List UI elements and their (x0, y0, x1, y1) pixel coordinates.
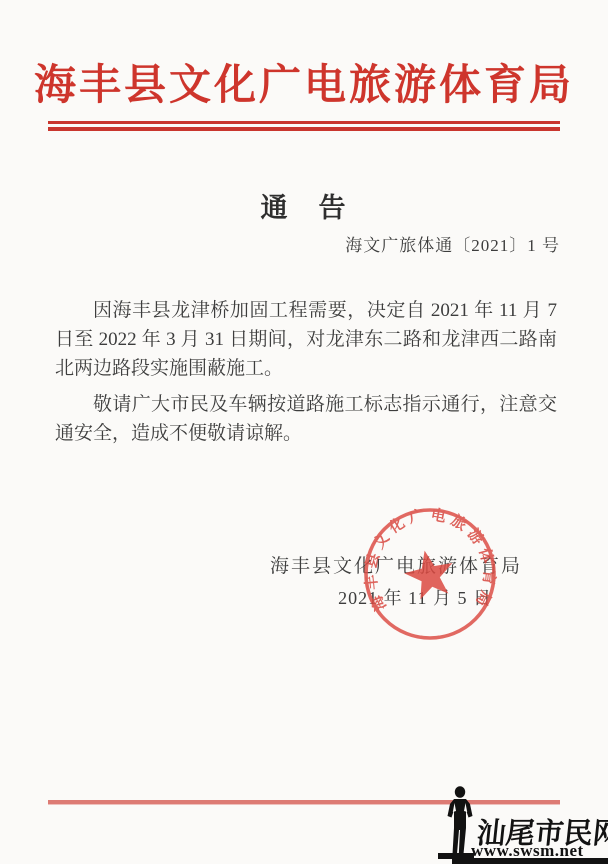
svg-text:海丰县文化广电旅游体育局: 海丰县文化广电旅游体育局 (362, 505, 498, 613)
star-icon (400, 545, 458, 601)
letterhead-rule (48, 121, 560, 131)
body-paragraph-1: 因海丰县龙津桥加固工程需要，决定自 2021 年 11 月 7 日至 2022 … (55, 296, 557, 383)
notice-body: 因海丰县龙津桥加固工程需要，决定自 2021 年 11 月 7 日至 2022 … (55, 296, 557, 455)
document-number: 海文广旅体通〔2021〕1 号 (345, 231, 560, 256)
body-paragraph-2: 敬请广大市民及车辆按道路施工标志指示通行，注意交通安全，造成不便敬请谅解。 (55, 390, 557, 448)
official-seal: 海丰县文化广电旅游体育局 (358, 502, 502, 646)
letterhead-agency-title: 海丰县文化广电旅游体育局 (0, 52, 608, 112)
footer-rule (48, 800, 560, 804)
notice-title: 通 告 (0, 186, 608, 225)
official-notice-page: 海丰县文化广电旅游体育局 通 告 海文广旅体通〔2021〕1 号 因海丰县龙津桥… (0, 0, 608, 864)
watermark-base-bar (452, 858, 608, 864)
seal-ring-text: 海丰县文化广电旅游体育局 (362, 505, 498, 613)
